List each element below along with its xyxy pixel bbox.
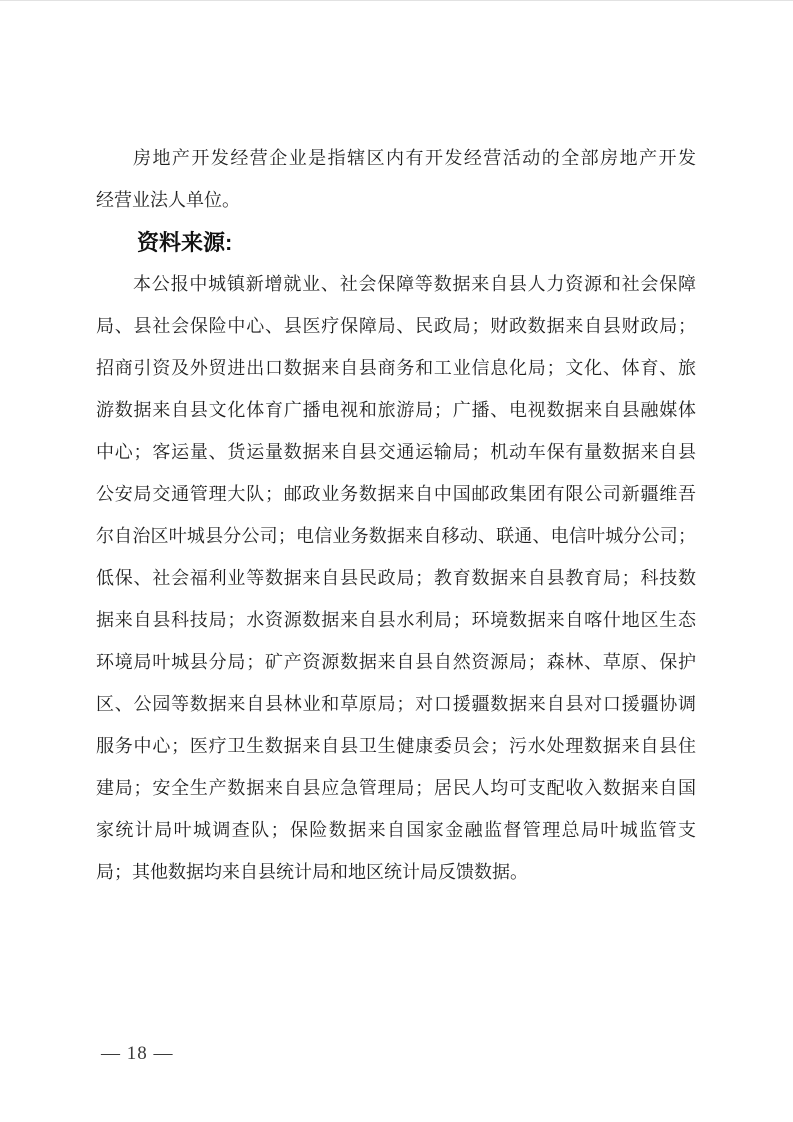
intro-paragraph-line: 经营业法人单位。 <box>96 179 696 221</box>
sources-paragraph-line: 区、公园等数据来自县林业和草原局；对口援疆数据来自县对口援疆协调 <box>96 683 696 725</box>
sources-paragraph-line: 局、县社会保险中心、县医疗保障局、民政局；财政数据来自县财政局； <box>96 305 696 347</box>
sources-paragraph-line: 据来自县科技局；水资源数据来自县水利局；环境数据来自喀什地区生态 <box>96 599 696 641</box>
sources-paragraph-line: 游数据来自县文化体育广播电视和旅游局；广播、电视数据来自县融媒体 <box>96 389 696 431</box>
sources-paragraph-line: 尔自治区叶城县分公司；电信业务数据来自移动、联通、电信叶城分公司； <box>96 515 696 557</box>
sources-paragraph-line: 低保、社会福利业等数据来自县民政局；教育数据来自县教育局；科技数 <box>96 557 696 599</box>
sources-paragraph-line: 本公报中城镇新增就业、社会保障等数据来自县人力资源和社会保障 <box>96 263 696 305</box>
sources-paragraph-line: 服务中心；医疗卫生数据来自县卫生健康委员会；污水处理数据来自县住 <box>96 725 696 767</box>
page-content: 房地产开发经营企业是指辖区内有开发经营活动的全部房地产开发 经营业法人单位。 资… <box>96 137 696 893</box>
intro-paragraph-line: 房地产开发经营企业是指辖区内有开发经营活动的全部房地产开发 <box>96 137 696 179</box>
page-footer: — 18 — <box>101 1041 174 1067</box>
sources-paragraph-line: 建局；安全生产数据来自县应急管理局；居民人均可支配收入数据来自国 <box>96 767 696 809</box>
sources-paragraph-line: 公安局交通管理大队；邮政业务数据来自中国邮政集团有限公司新疆维吾 <box>96 473 696 515</box>
document-page: 房地产开发经营企业是指辖区内有开发经营活动的全部房地产开发 经营业法人单位。 资… <box>0 0 793 1122</box>
sources-paragraph-line: 家统计局叶城调查队；保险数据来自国家金融监督管理总局叶城监管支 <box>96 809 696 851</box>
sources-paragraph-line: 局；其他数据均来自县统计局和地区统计局反馈数据。 <box>96 851 696 893</box>
sources-heading: 资料来源: <box>96 221 696 263</box>
sources-paragraph-line: 环境局叶城县分局；矿产资源数据来自县自然资源局；森林、草原、保护 <box>96 641 696 683</box>
sources-paragraph-line: 招商引资及外贸进出口数据来自县商务和工业信息化局；文化、体育、旅 <box>96 347 696 389</box>
sources-paragraph-line: 中心；客运量、货运量数据来自县交通运输局；机动车保有量数据来自县 <box>96 431 696 473</box>
page-number: — 18 — <box>101 1043 174 1064</box>
